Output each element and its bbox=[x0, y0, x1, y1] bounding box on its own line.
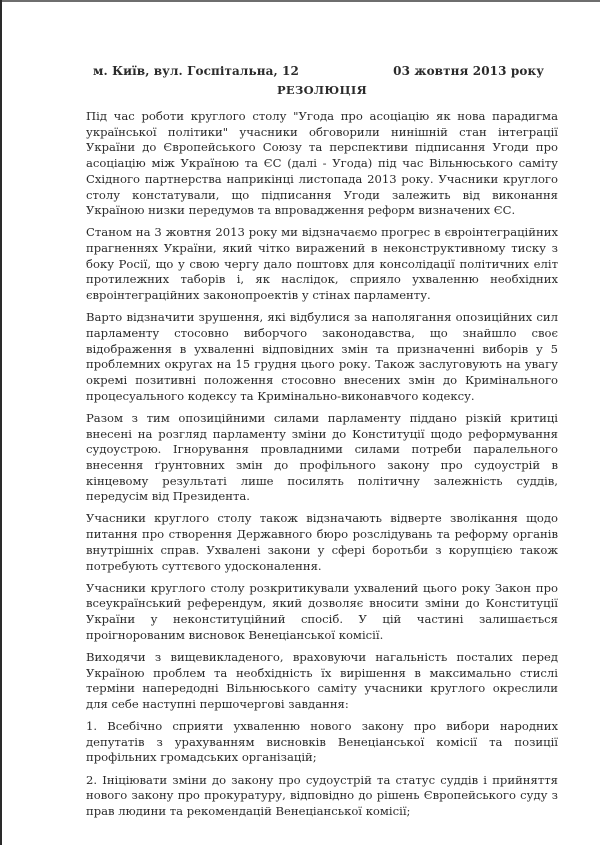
document-header: м. Київ, вул. Госпітальна, 12 03 жовтня … bbox=[93, 63, 544, 79]
scan-border-top bbox=[0, 0, 600, 2]
paragraph-state-bureau: Учасники круглого столу також відзначают… bbox=[86, 511, 558, 574]
task-item-2: 2. Ініціювати зміни до закону про судоус… bbox=[86, 773, 558, 820]
paragraph-constitution-criticism: Разом з тим опозиційними силами парламен… bbox=[86, 411, 558, 505]
paragraph-progress: Станом на 3 жовтня 2013 року ми відзнача… bbox=[86, 225, 558, 304]
scan-border-left bbox=[0, 0, 2, 845]
paragraph-electoral-changes: Варто відзначити зрушення, які відбулися… bbox=[86, 310, 558, 404]
header-date: 03 жовтня 2013 року bbox=[393, 63, 544, 79]
task-item-1: 1. Всебічно сприяти ухваленню нового зак… bbox=[86, 719, 558, 766]
document-body: Під час роботи круглого столу "Угода про… bbox=[86, 109, 558, 826]
document-title: РЕЗОЛЮЦІЯ bbox=[86, 82, 558, 98]
header-location: м. Київ, вул. Госпітальна, 12 bbox=[93, 63, 299, 79]
paragraph-referendum-law: Учасники круглого столу розкритикували у… bbox=[86, 581, 558, 644]
paragraph-intro: Під час роботи круглого столу "Угода про… bbox=[86, 109, 558, 219]
paragraph-tasks-intro: Виходячи з вищевикладеного, враховуючи н… bbox=[86, 650, 558, 713]
